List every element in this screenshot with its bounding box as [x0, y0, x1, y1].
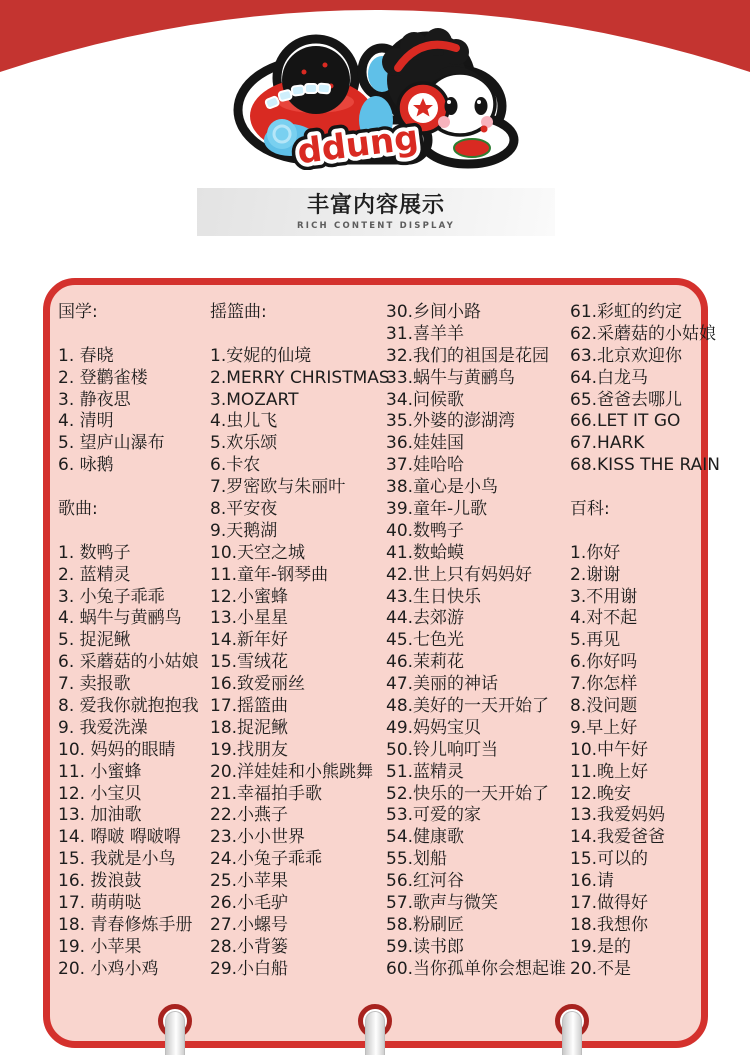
list-item: 47.美丽的神话 — [386, 674, 566, 696]
list-item: 1. 数鸭子 — [58, 543, 199, 565]
list-blank — [210, 324, 390, 346]
list-item: 25.小苹果 — [210, 871, 390, 893]
list-item: 13.我爱妈妈 — [570, 805, 720, 827]
list-item: 34.问候歌 — [386, 390, 566, 412]
list-item: 60.当你孤单你会想起谁 — [386, 959, 566, 981]
list-item: 62.采蘑菇的小姑娘 — [570, 324, 720, 346]
list-item: 6. 咏鹅 — [58, 455, 199, 477]
list-item: 43.生日快乐 — [386, 587, 566, 609]
list-item: 2.MERRY CHRISTMAS — [210, 368, 390, 390]
list-item: 32.我们的祖国是花园 — [386, 346, 566, 368]
list-item: 12.晚安 — [570, 784, 720, 806]
list-blank — [58, 521, 199, 543]
list-item: 54.健康歌 — [386, 827, 566, 849]
list-item: 51.蓝精灵 — [386, 762, 566, 784]
list-item: 38.童心是小鸟 — [386, 477, 566, 499]
list-item: 58.粉刷匠 — [386, 915, 566, 937]
list-item: 66.LET IT GO — [570, 411, 720, 433]
list-item: 4. 清明 — [58, 411, 199, 433]
list-item: 57.歌声与微笑 — [386, 893, 566, 915]
list-blank — [570, 477, 720, 499]
list-item: 19. 小苹果 — [58, 937, 199, 959]
list-item: 52.快乐的一天开始了 — [386, 784, 566, 806]
binding-post — [165, 1011, 185, 1055]
list-item: 5. 捉泥鳅 — [58, 630, 199, 652]
list-item: 2.谢谢 — [570, 565, 720, 587]
product-detail-page: ddung ddung ddung 丰富内容展示 RICH CONTENT DI… — [0, 0, 750, 1055]
list-blank — [58, 477, 199, 499]
song-list-column-2: 摇篮曲: 1.安妮的仙境2.MERRY CHRISTMAS3.MOZART4.虫… — [210, 302, 390, 981]
ddung-logo: ddung ddung ddung — [228, 28, 524, 170]
binding-post — [562, 1011, 582, 1055]
list-blank — [570, 521, 720, 543]
list-item: 12. 小宝贝 — [58, 784, 199, 806]
song-list-column-3: 30.乡间小路31.喜羊羊32.我们的祖国是花园33.蜗牛与黄鹂鸟34.问候歌3… — [386, 302, 566, 981]
list-item: 13.小星星 — [210, 608, 390, 630]
list-item: 55.划船 — [386, 849, 566, 871]
list-item: 63.北京欢迎你 — [570, 346, 720, 368]
song-list-column-4: 61.彩虹的约定62.采蘑菇的小姑娘63.北京欢迎你64.白龙马65.爸爸去哪儿… — [570, 302, 720, 981]
list-item: 16.致爱丽丝 — [210, 674, 390, 696]
list-item: 10.天空之城 — [210, 543, 390, 565]
list-heading: 国学: — [58, 302, 199, 324]
list-item: 22.小燕子 — [210, 805, 390, 827]
list-item: 53.可爱的家 — [386, 805, 566, 827]
list-item: 9.天鹅湖 — [210, 521, 390, 543]
list-item: 48.美好的一天开始了 — [386, 696, 566, 718]
list-item: 7. 卖报歌 — [58, 674, 199, 696]
list-item: 7.你怎样 — [570, 674, 720, 696]
list-item: 3. 小兔子乖乖 — [58, 587, 199, 609]
list-item: 19.是的 — [570, 937, 720, 959]
list-item: 16. 拨浪鼓 — [58, 871, 199, 893]
list-item: 6.卡农 — [210, 455, 390, 477]
list-item: 14.我爱爸爸 — [570, 827, 720, 849]
list-item: 14. 嘚啵 嘚啵嘚 — [58, 827, 199, 849]
list-item: 15. 我就是小鸟 — [58, 849, 199, 871]
list-item: 27.小螺号 — [210, 915, 390, 937]
list-item: 4. 蜗牛与黄鹂鸟 — [58, 608, 199, 630]
list-item: 12.小蜜蜂 — [210, 587, 390, 609]
list-item: 6.你好吗 — [570, 652, 720, 674]
list-item: 61.彩虹的约定 — [570, 302, 720, 324]
list-item: 13. 加油歌 — [58, 805, 199, 827]
list-item: 20. 小鸡小鸡 — [58, 959, 199, 981]
list-item: 3.MOZART — [210, 390, 390, 412]
list-item: 67.HARK — [570, 433, 720, 455]
list-item: 1.你好 — [570, 543, 720, 565]
list-item: 35.外婆的澎湖湾 — [386, 411, 566, 433]
list-item: 9. 我爱洗澡 — [58, 718, 199, 740]
list-item: 3.不用谢 — [570, 587, 720, 609]
list-item: 15.雪绒花 — [210, 652, 390, 674]
list-item: 23.小小世界 — [210, 827, 390, 849]
list-item: 11.晚上好 — [570, 762, 720, 784]
list-item: 4.虫儿飞 — [210, 411, 390, 433]
list-item: 17. 萌萌哒 — [58, 893, 199, 915]
list-item: 17.摇篮曲 — [210, 696, 390, 718]
list-blank — [58, 324, 199, 346]
list-item: 5. 望庐山瀑布 — [58, 433, 199, 455]
list-item: 2. 蓝精灵 — [58, 565, 199, 587]
list-item: 15.可以的 — [570, 849, 720, 871]
list-item: 33.蜗牛与黄鹂鸟 — [386, 368, 566, 390]
list-item: 36.娃娃国 — [386, 433, 566, 455]
list-item: 40.数鸭子 — [386, 521, 566, 543]
list-item: 21.幸福拍手歌 — [210, 784, 390, 806]
list-item: 30.乡间小路 — [386, 302, 566, 324]
list-item: 45.七色光 — [386, 630, 566, 652]
list-item: 37.娃哈哈 — [386, 455, 566, 477]
list-item: 9.早上好 — [570, 718, 720, 740]
list-item: 28.小背篓 — [210, 937, 390, 959]
list-item: 20.洋娃娃和小熊跳舞 — [210, 762, 390, 784]
list-item: 16.请 — [570, 871, 720, 893]
list-item: 18. 青春修炼手册 — [58, 915, 199, 937]
binding-post — [365, 1011, 385, 1055]
list-heading: 摇篮曲: — [210, 302, 390, 324]
list-item: 64.白龙马 — [570, 368, 720, 390]
list-item: 68.KISS THE RAIN — [570, 455, 720, 477]
list-item: 4.对不起 — [570, 608, 720, 630]
list-item: 5.再见 — [570, 630, 720, 652]
list-item: 1. 春晓 — [58, 346, 199, 368]
list-item: 18.我想你 — [570, 915, 720, 937]
list-item: 49.妈妈宝贝 — [386, 718, 566, 740]
list-item: 31.喜羊羊 — [386, 324, 566, 346]
list-item: 39.童年-儿歌 — [386, 499, 566, 521]
list-item: 26.小毛驴 — [210, 893, 390, 915]
list-item: 41.数蛤蟆 — [386, 543, 566, 565]
list-item: 6. 采蘑菇的小姑娘 — [58, 652, 199, 674]
section-title: 丰富内容展示 — [307, 194, 445, 218]
list-item: 10.中午好 — [570, 740, 720, 762]
list-item: 50.铃儿响叮当 — [386, 740, 566, 762]
list-item: 59.读书郎 — [386, 937, 566, 959]
list-item: 11.童年-钢琴曲 — [210, 565, 390, 587]
list-item: 8.平安夜 — [210, 499, 390, 521]
list-item: 65.爸爸去哪儿 — [570, 390, 720, 412]
list-item: 19.找朋友 — [210, 740, 390, 762]
list-item: 17.做得好 — [570, 893, 720, 915]
list-item: 10. 妈妈的眼睛 — [58, 740, 199, 762]
list-item: 8. 爱我你就抱抱我 — [58, 696, 199, 718]
list-item: 42.世上只有妈妈好 — [386, 565, 566, 587]
list-item: 3. 静夜思 — [58, 390, 199, 412]
section-title-block: 丰富内容展示 RICH CONTENT DISPLAY — [197, 188, 555, 236]
list-item: 46.茉莉花 — [386, 652, 566, 674]
list-heading: 歌曲: — [58, 499, 199, 521]
list-item: 11. 小蜜蜂 — [58, 762, 199, 784]
song-list-column-1: 国学: 1. 春晓2. 登鹳雀楼3. 静夜思4. 清明5. 望庐山瀑布6. 咏鹅… — [58, 302, 199, 981]
list-item: 29.小白船 — [210, 959, 390, 981]
list-item: 5.欢乐颂 — [210, 433, 390, 455]
list-item: 7.罗密欧与朱丽叶 — [210, 477, 390, 499]
list-item: 18.捉泥鳅 — [210, 718, 390, 740]
list-item: 1.安妮的仙境 — [210, 346, 390, 368]
list-heading: 百科: — [570, 499, 720, 521]
list-item: 20.不是 — [570, 959, 720, 981]
list-item: 14.新年好 — [210, 630, 390, 652]
list-item: 44.去郊游 — [386, 608, 566, 630]
list-item: 56.红河谷 — [386, 871, 566, 893]
section-subtitle: RICH CONTENT DISPLAY — [297, 221, 455, 231]
list-item: 8.没问题 — [570, 696, 720, 718]
list-item: 2. 登鹳雀楼 — [58, 368, 199, 390]
list-item: 24.小兔子乖乖 — [210, 849, 390, 871]
